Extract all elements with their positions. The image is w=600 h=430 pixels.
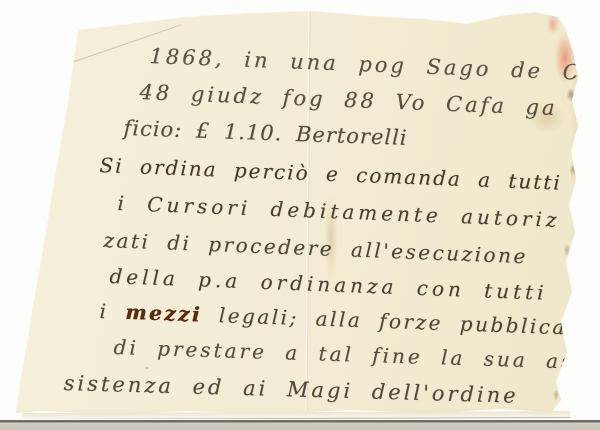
handwriting-overwritten-word: mezzi <box>125 300 202 327</box>
handwriting-segment: i <box>99 299 126 324</box>
handwriting-line: 48 giudz fog 88 Vo Cafa ga <box>139 80 558 120</box>
handwriting-segment: legali; alla forze pubblica <box>202 303 568 340</box>
table-edge-shadow <box>0 419 600 430</box>
photo-scan: 1868, in una pog Sago de Cas 48 giudz fo… <box>0 0 600 430</box>
handwriting-line: di prestare a tal fine la sua as- <box>113 335 584 374</box>
handwriting-line: ficio: £ 1.10. Bertorelli <box>123 116 408 150</box>
handwriting-line: i mezzi legali; alla forze pubblica <box>99 299 567 339</box>
handwriting-line: della p.a ordinanza con tutti <box>109 264 548 305</box>
handwriting-line: i Cursori debitamente autoriz <box>117 191 561 232</box>
manuscript-page: 1868, in una pog Sago de Cas 48 giudz fo… <box>0 0 600 430</box>
handwriting-line: Si ordina perciò e comanda a tutti <box>99 153 562 195</box>
handwriting-line: 1868, in una pog Sago de Cas <box>149 44 600 86</box>
handwriting-line: sistenza ed ai Magi dell'ordine <box>63 371 519 408</box>
handwriting-line: zati di procedere all'esecuzione <box>103 228 528 268</box>
